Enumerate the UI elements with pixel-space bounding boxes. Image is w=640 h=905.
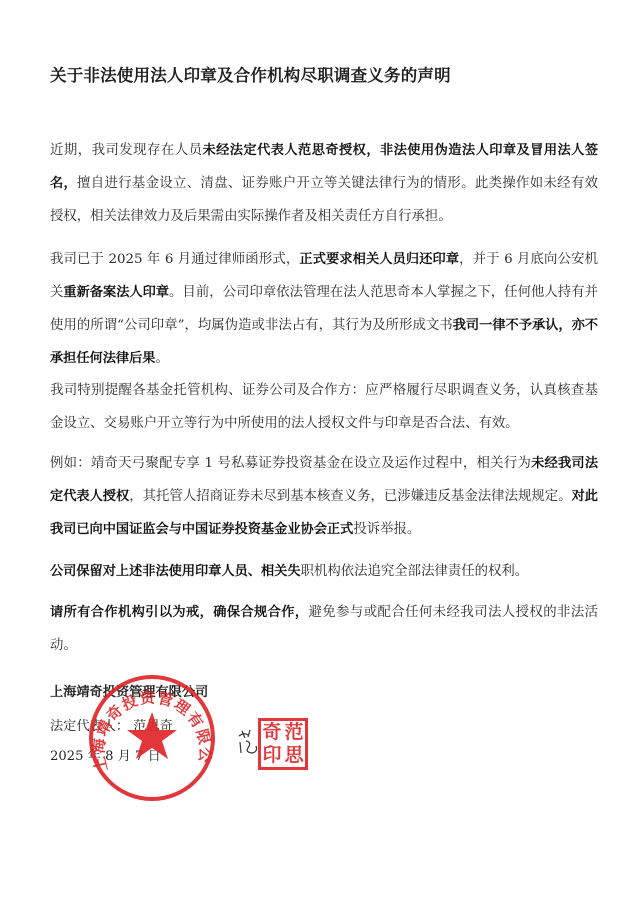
- body-text: 擅自进行基金设立、清盘、证券账户开立等关键法律行为的情形。此类操作如未经有效授权…: [50, 176, 598, 224]
- body-text: ，其托管人招商证券未尽到基本核查义务，已涉嫌违反基金法律法规规定。: [129, 489, 571, 504]
- paragraph-1: 近期，我司发现存在人员未经法定代表人范思奇授权，非法使用伪造法人印章及冒用法人签…: [50, 134, 598, 233]
- emphasized-text: 正式要求相关人员归还印章: [299, 252, 459, 267]
- paragraph-5: 公司保留对上述非法使用印章人员、相关失职机构依法追究全部法律责任的权利。: [50, 555, 598, 588]
- body-text: 职机构依法追究全部法律责任的权利。: [301, 564, 529, 579]
- body-text: 例如：靖奇天弓聚配专享 1 号私募证券投资基金在设立及运作过程中，相关行为: [50, 456, 531, 471]
- handwritten-signature: [236, 728, 276, 758]
- paragraph-6: 请所有合作机构引以为戒，确保合规合作，避免参与或配合任何未经我司法人授权的非法活…: [50, 596, 598, 662]
- company-name: 上海靖奇投资管理有限公司: [50, 681, 208, 700]
- body-text: 近期，我司发现存在人员: [50, 143, 202, 158]
- emphasized-text: 公司保留对上述非法使用印章人员、相关失: [50, 564, 301, 579]
- seal-char: 思: [283, 744, 305, 767]
- paragraph-2: 我司已于 2025 年 6 月通过律师函形式，正式要求相关人员归还印章，并于 6…: [50, 243, 598, 375]
- body-text: 投诉举报。: [353, 522, 420, 537]
- legal-representative: 法定代表人： 范思奇: [50, 715, 173, 734]
- seal-char: 范: [283, 721, 305, 744]
- paragraph-3: 我司特别提醒各基金托管机构、证券公司及合作方：应严格履行尽职调查义务，认真核查基…: [50, 374, 598, 440]
- emphasized-text: 请所有合作机构引以为戒，确保合规合作，: [50, 605, 308, 620]
- legal-rep-label: 法定代表人：: [50, 719, 129, 734]
- document-title: 关于非法使用法人印章及合作机构尽职调查义务的声明: [50, 62, 451, 86]
- document-date: 2025 年 8 月 7 日: [50, 745, 161, 764]
- body-text: 我司已于 2025 年 6 月通过律师函形式，: [50, 252, 299, 267]
- paragraph-4: 例如：靖奇天弓聚配专享 1 号私募证券投资基金在设立及运作过程中，相关行为未经我…: [50, 447, 598, 546]
- body-text: 。: [156, 351, 169, 366]
- emphasized-text: 重新备案法人印章: [63, 285, 169, 300]
- body-text: 我司特别提醒各基金托管机构、证券公司及合作方：应严格履行尽职调查义务，认真核查基…: [50, 383, 598, 431]
- legal-rep-name: 范思奇: [133, 719, 173, 734]
